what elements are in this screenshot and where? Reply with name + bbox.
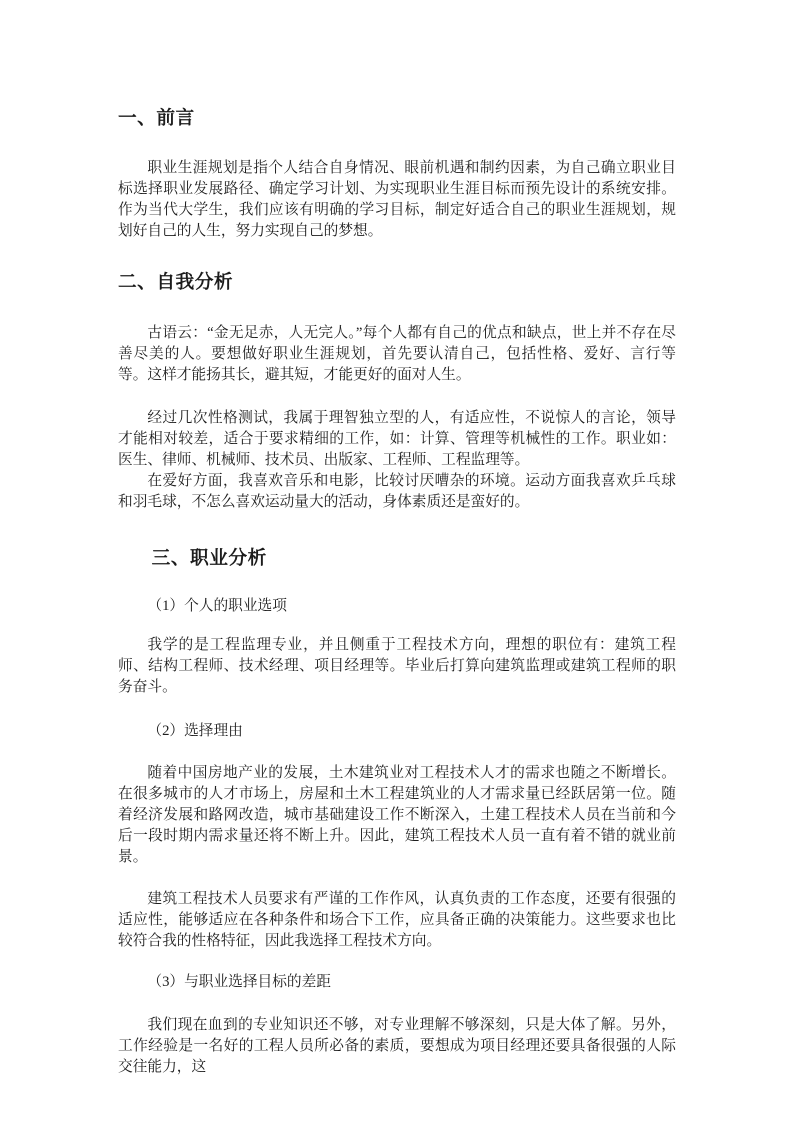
section-heading-career-analysis: 三、职业分析 [118, 544, 676, 572]
paragraph-self-analysis-2: 经过几次性格测试，我属于理智独立型的人，有适应性，不说惊人的言论，领导才能相对较… [118, 408, 676, 471]
section-heading-self-analysis: 二、自我分析 [118, 268, 676, 296]
paragraph-foreword: 职业生涯规划是指个人结合自身情况、眼前机遇和制约因素，为自己确立职业目标选择职业… [118, 158, 676, 242]
paragraph-selection-reason-2: 建筑工程技术人员要求有严谨的工作作风，认真负责的工作态度，还要有很强的适应性，能… [118, 889, 676, 952]
section-heading-foreword: 一、前言 [118, 104, 676, 132]
paragraph-selection-reason-1: 随着中国房地产业的发展，土木建筑业对工程技术人才的需求也随之不断增长。在很多城市… [118, 763, 676, 868]
paragraph-gap-to-goal: 我们现在血到的专业知识还不够，对专业理解不够深刻，只是大体了解。另外，工作经验是… [118, 1015, 676, 1078]
paragraph-career-options: 我学的是工程监理专业，并且侧重于工程技术方向，理想的职位有：建筑工程师、结构工程… [118, 635, 676, 698]
paragraph-self-analysis-3: 在爱好方面，我喜欢音乐和电影，比较讨厌嘈杂的环境。运动方面我喜欢乒乓球和羽毛球，… [118, 471, 676, 513]
subsection-label-career-options: （1）个人的职业选项 [118, 596, 676, 617]
subsection-label-selection-reason: （2）选择理由 [118, 721, 676, 742]
paragraph-self-analysis-1: 古语云：“金无足赤，人无完人。”每个人都有自己的优点和缺点，世上并不存在尽善尽美… [118, 323, 676, 386]
subsection-label-gap-to-goal: （3）与职业选择目标的差距 [118, 972, 676, 993]
document-page: 一、前言 职业生涯规划是指个人结合自身情况、眼前机遇和制约因素，为自己确立职业目… [0, 0, 793, 1122]
